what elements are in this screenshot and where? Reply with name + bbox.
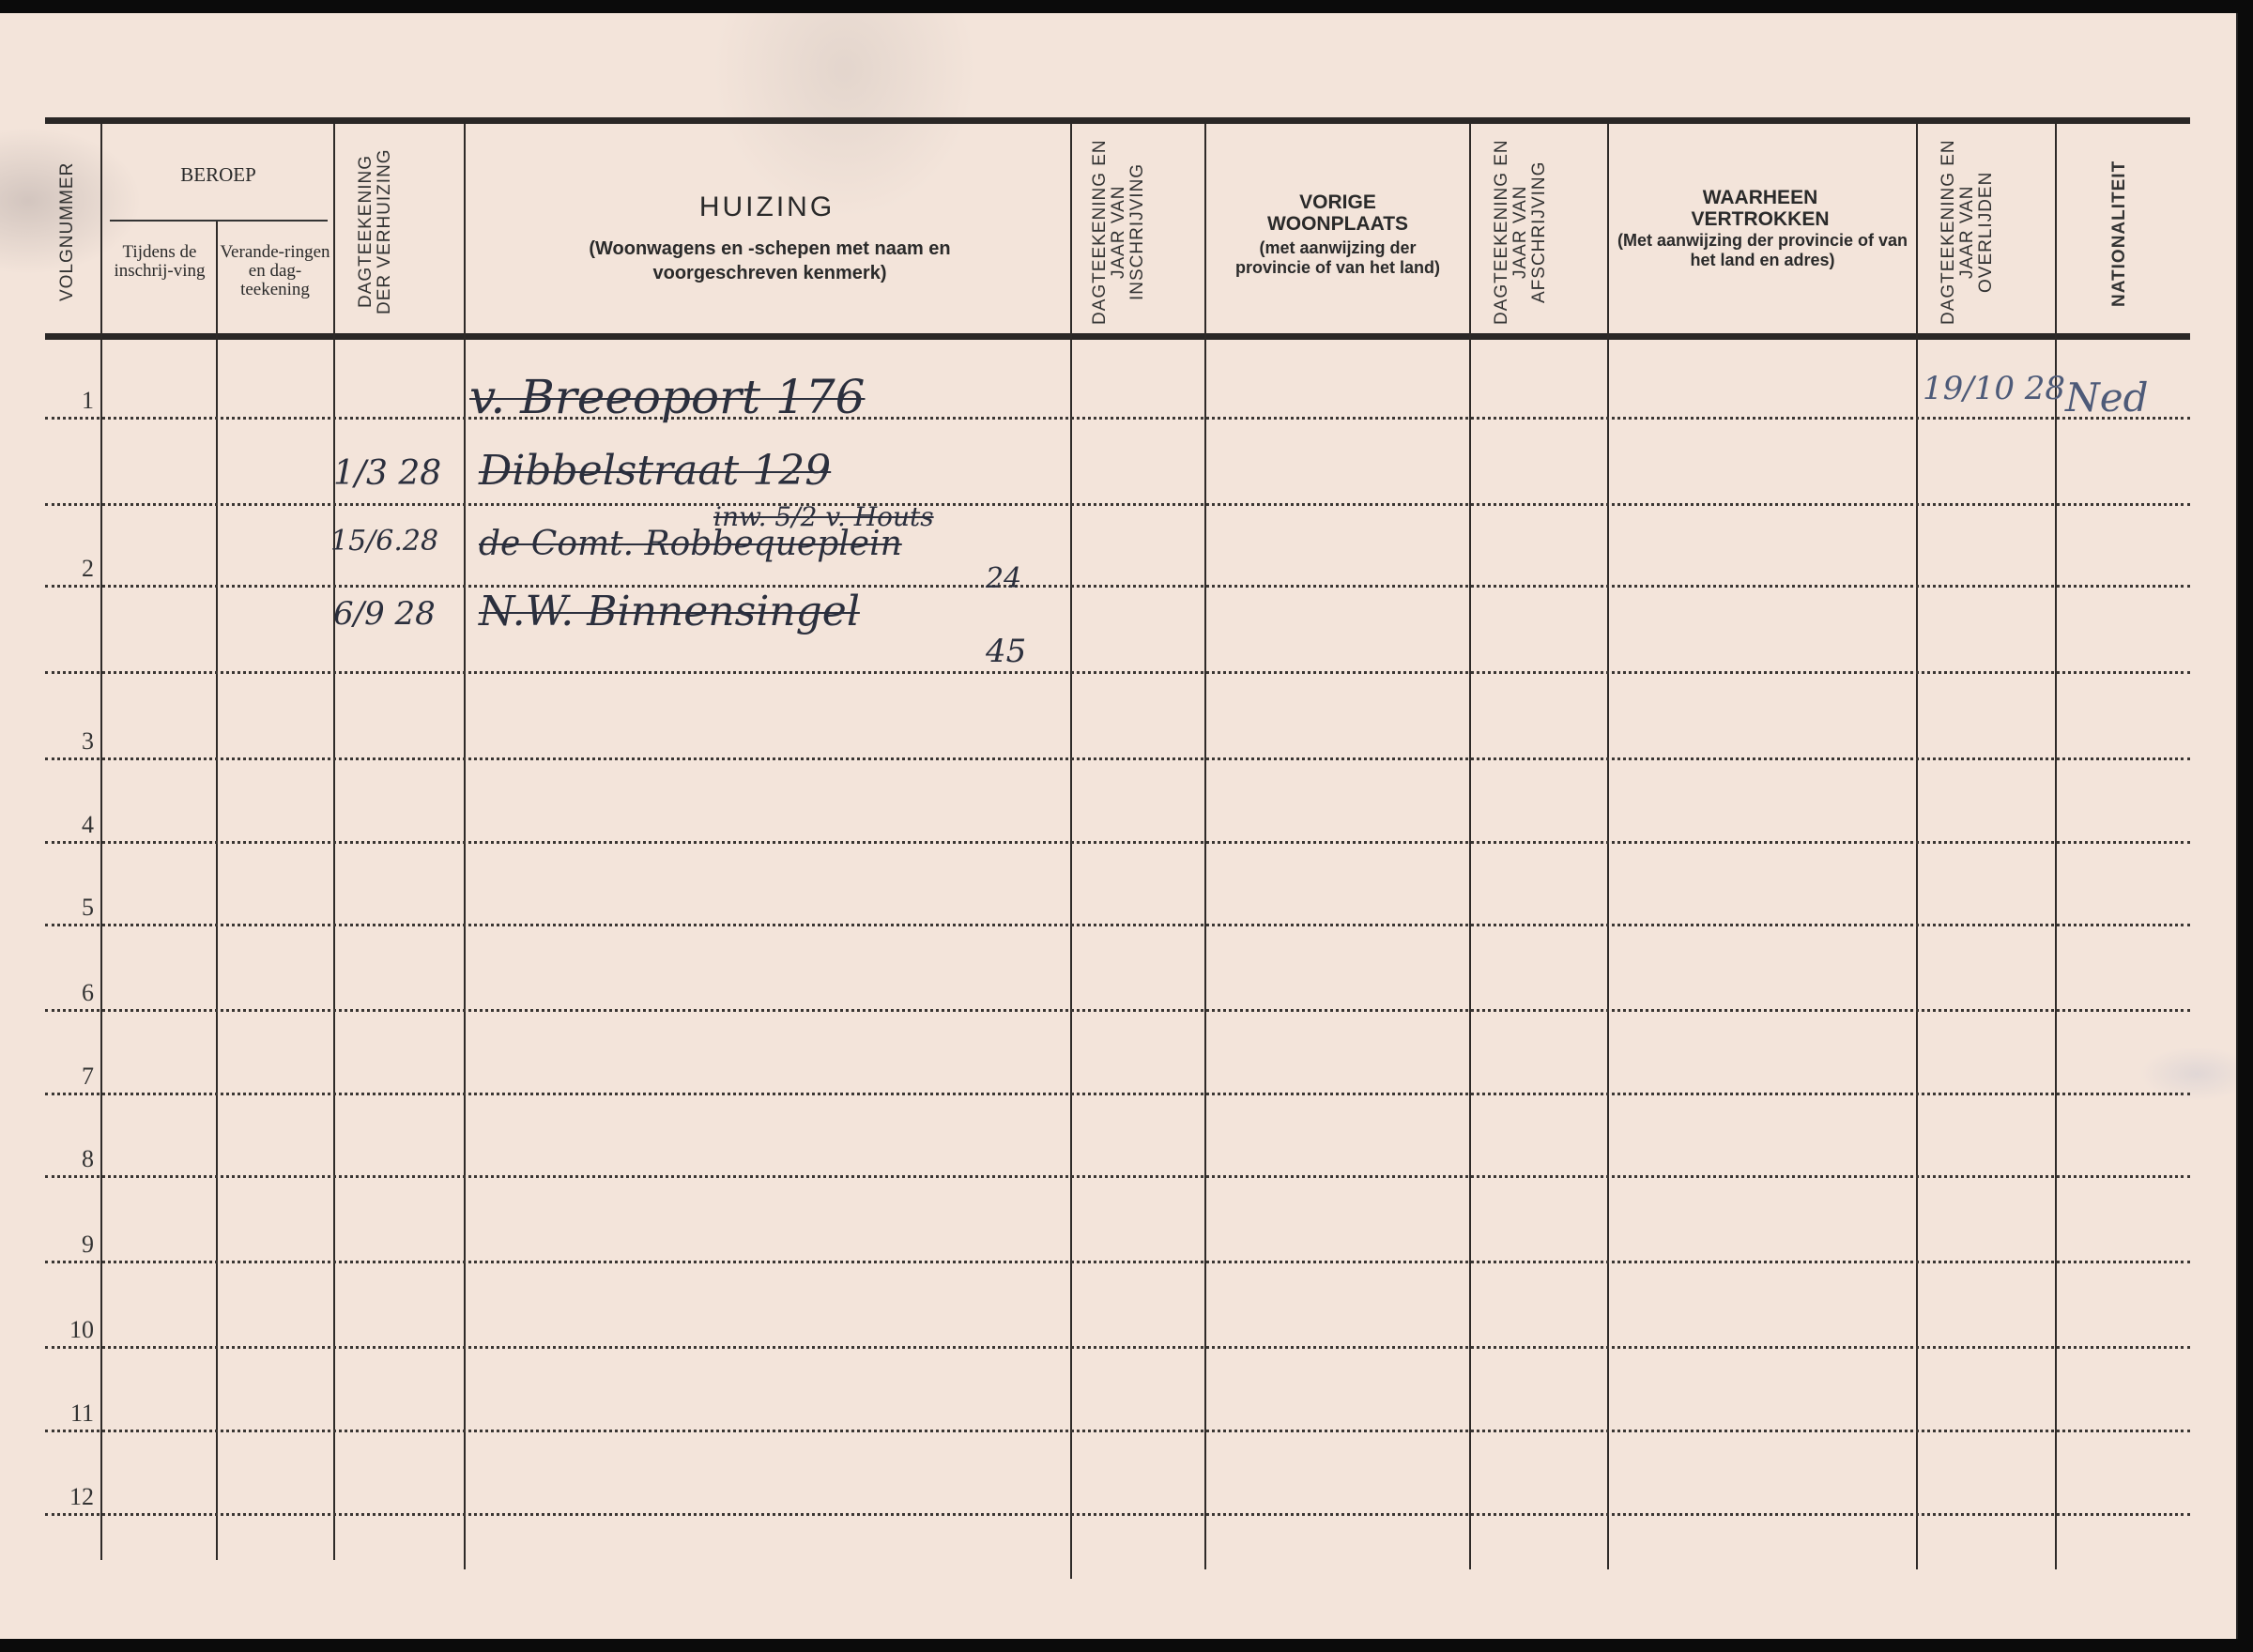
row-number: 2 xyxy=(56,555,94,583)
row-number: 4 xyxy=(56,811,94,839)
header-dagteekening-verhuizing: DAGTEEKENING DER VERHUIZING xyxy=(357,133,441,330)
header-vorige-woonplaats-sub: (met aanwijzing der provincie of van het… xyxy=(1220,238,1455,277)
row-number: 6 xyxy=(56,979,94,1007)
row-number: 8 xyxy=(56,1145,94,1173)
row-number: 11 xyxy=(56,1400,94,1428)
header-beroep-tijdens: Tijdens de inschrij-ving xyxy=(105,243,214,281)
col-line xyxy=(464,124,466,1569)
entry-date-3: 15/6.28 xyxy=(330,525,438,558)
entry-huizing-4-num-top: 24 xyxy=(986,562,1021,595)
entry-huizing-4-num-bottom: 45 xyxy=(986,633,1026,670)
row-rule xyxy=(45,1261,2190,1263)
col-line xyxy=(1204,124,1206,1569)
row-rule xyxy=(45,585,2190,588)
entry-huizing-1: v. Breeoport 176 xyxy=(469,370,865,424)
entry-huizing-3: de Comt. Robbequeplein xyxy=(479,525,902,563)
col-line xyxy=(1607,124,1609,1569)
entry-date-2: 1/3 28 xyxy=(333,454,441,493)
row-rule xyxy=(45,924,2190,926)
registration-card: VOLGNUMMER BEROEP Tijdens de inschrij-vi… xyxy=(0,13,2238,1639)
row-rule xyxy=(45,1430,2190,1432)
col-line xyxy=(1070,124,1072,1579)
row-rule xyxy=(45,1093,2190,1095)
row-rule xyxy=(45,671,2190,674)
header-dagteekening-inschrijving: DAGTEEKENING EN JAAR VAN INSCHRIJVING xyxy=(1091,133,1185,330)
entry-overlijden-1: 19/10 28 xyxy=(1923,370,2065,407)
row-rule xyxy=(45,1009,2190,1012)
header-waarheen-vertrokken-sub: (Met aanwijzing der provincie of van het… xyxy=(1615,231,1910,269)
header-huizing-sub: (Woonwagens en -schepen met naam en voor… xyxy=(535,237,1004,285)
col-line xyxy=(216,220,218,1560)
row-number: 5 xyxy=(56,894,94,922)
row-number: 12 xyxy=(56,1483,94,1511)
header-volgnummer: VOLGNUMMER xyxy=(58,135,77,328)
header-beroep-veranderingen: Verande-ringen en dag-teekening xyxy=(220,243,330,299)
header-vorige-woonplaats: VORIGE WOONPLAATS xyxy=(1249,191,1427,235)
row-number: 1 xyxy=(56,387,94,415)
header-beroep: BEROEP xyxy=(103,163,333,187)
header-huizing: HUIZING xyxy=(464,191,1070,223)
header-top-rule xyxy=(45,117,2190,124)
col-line xyxy=(1916,124,1918,1569)
header-dagteekening-afschrijving: DAGTEEKENING EN JAAR VAN AFSCHRIJVING xyxy=(1493,133,1586,330)
header-dagteekening-overlijden: DAGTEEKENING EN JAAR VAN OVERLIJDEN xyxy=(1939,133,2033,330)
beroep-divider xyxy=(110,220,328,222)
header-nationaliteit: NATIONALITEIT xyxy=(2110,140,2129,328)
row-number: 9 xyxy=(56,1231,94,1259)
row-rule xyxy=(45,417,2190,420)
row-rule xyxy=(45,503,2190,506)
row-number: 10 xyxy=(56,1316,94,1344)
row-rule xyxy=(45,1513,2190,1516)
entry-huizing-2: Dibbelstraat 129 xyxy=(479,447,831,495)
row-rule xyxy=(45,1346,2190,1349)
row-number: 7 xyxy=(56,1063,94,1091)
row-rule xyxy=(45,1175,2190,1178)
col-line xyxy=(2055,124,2057,1569)
header-bottom-rule xyxy=(45,333,2190,340)
row-number: 3 xyxy=(56,727,94,756)
col-line xyxy=(1469,124,1471,1569)
entry-date-4: 6/9 28 xyxy=(333,595,436,633)
row-rule xyxy=(45,757,2190,760)
header-waarheen-vertrokken: WAARHEEN VERTROKKEN xyxy=(1662,187,1859,230)
row-rule xyxy=(45,841,2190,844)
entry-nationaliteit-1: Ned xyxy=(2065,375,2149,421)
entry-huizing-4: N.W. Binnensingel xyxy=(479,588,860,635)
